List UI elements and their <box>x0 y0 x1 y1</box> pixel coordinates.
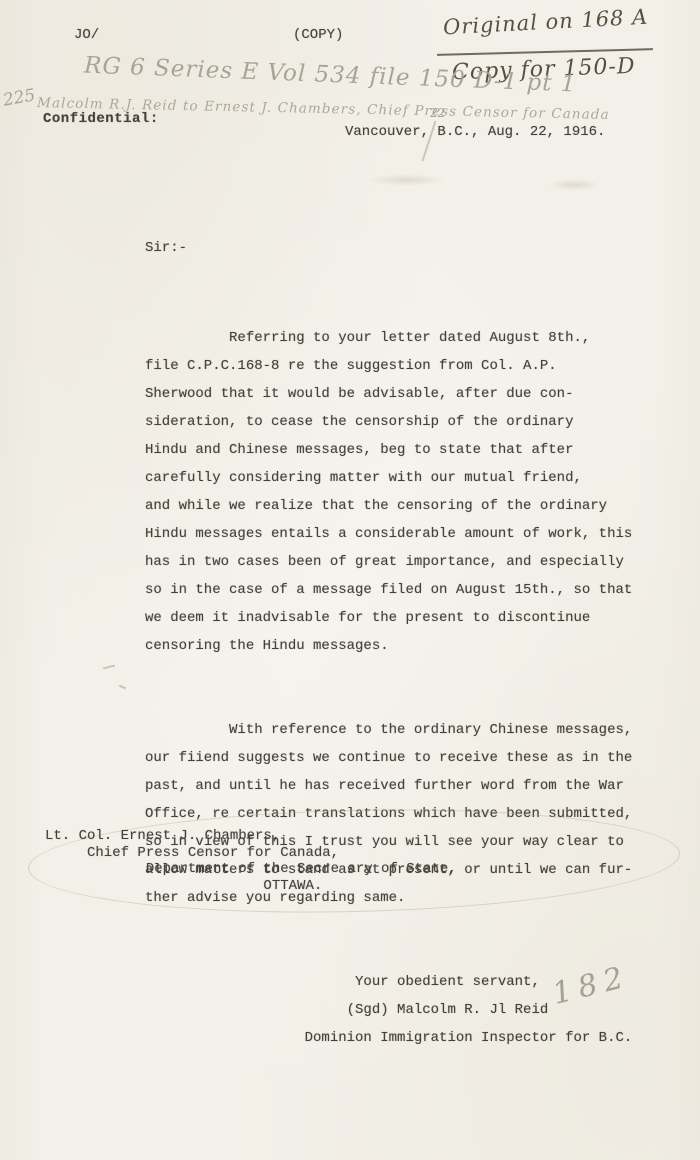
pencil-tick-mark <box>103 665 115 670</box>
letter-line: and while we realize that the censoring … <box>145 492 632 520</box>
letter-line: Referring to your letter dated August 8t… <box>145 324 632 352</box>
typist-initials: JO/ <box>74 27 99 43</box>
recipient-address-block: Lt. Col. Ernest J. Chambers, Chief Press… <box>45 828 457 894</box>
letter-line: our fiiend suggests we continue to recei… <box>145 744 632 772</box>
address-line: OTTAWA. <box>45 878 457 895</box>
pencil-number-left-margin: 225 <box>2 85 37 110</box>
letter-line: Sherwood that it would be advisable, aft… <box>145 380 632 408</box>
closing-line: Dominion Immigration Inspector for B.C. <box>145 1024 632 1052</box>
address-line: Lt. Col. Ernest J. Chambers, <box>45 828 457 845</box>
confidential-label: Confidential: <box>43 111 159 127</box>
address-line: Department of the Secre ary of State, <box>45 861 457 878</box>
letter-line: Hindu messages entails a considerable am… <box>145 520 632 548</box>
copy-label: (COPY) <box>293 27 343 43</box>
letter-line: With reference to the ordinary Chinese m… <box>145 716 632 744</box>
letter-line: censoring the Hindu messages. <box>145 632 632 660</box>
salutation: Sir:- <box>145 234 632 262</box>
letter-body: Sir:- Referring to your letter dated Aug… <box>145 178 632 1108</box>
letter-line: past, and until he has received further … <box>145 772 632 800</box>
paragraph-1: Referring to your letter dated August 8t… <box>145 324 632 660</box>
letter-line: sideration, to cease the censorship of t… <box>145 408 632 436</box>
handwritten-note-original-on: Original on 168 A <box>443 5 649 40</box>
document-page: JO/ (COPY) Original on 168 A Copy for 15… <box>0 0 700 1160</box>
letter-line: carefully considering matter with our mu… <box>145 464 632 492</box>
pencil-date-mark: 22 <box>430 106 445 120</box>
letter-line: has in two cases been of great importanc… <box>145 548 632 576</box>
letter-line: Hindu and Chinese messages, beg to state… <box>145 436 632 464</box>
address-line: Chief Press Censor for Canada, <box>45 845 457 862</box>
pencil-tick-mark <box>119 685 126 690</box>
letter-line: so in the case of a message filed on Aug… <box>145 576 632 604</box>
letter-line: file C.P.C.168-8 re the suggestion from … <box>145 352 632 380</box>
letter-line: we deem it inadvisable for the present t… <box>145 604 632 632</box>
dateline: Vancouver, B.C., Aug. 22, 1916. <box>345 124 605 140</box>
